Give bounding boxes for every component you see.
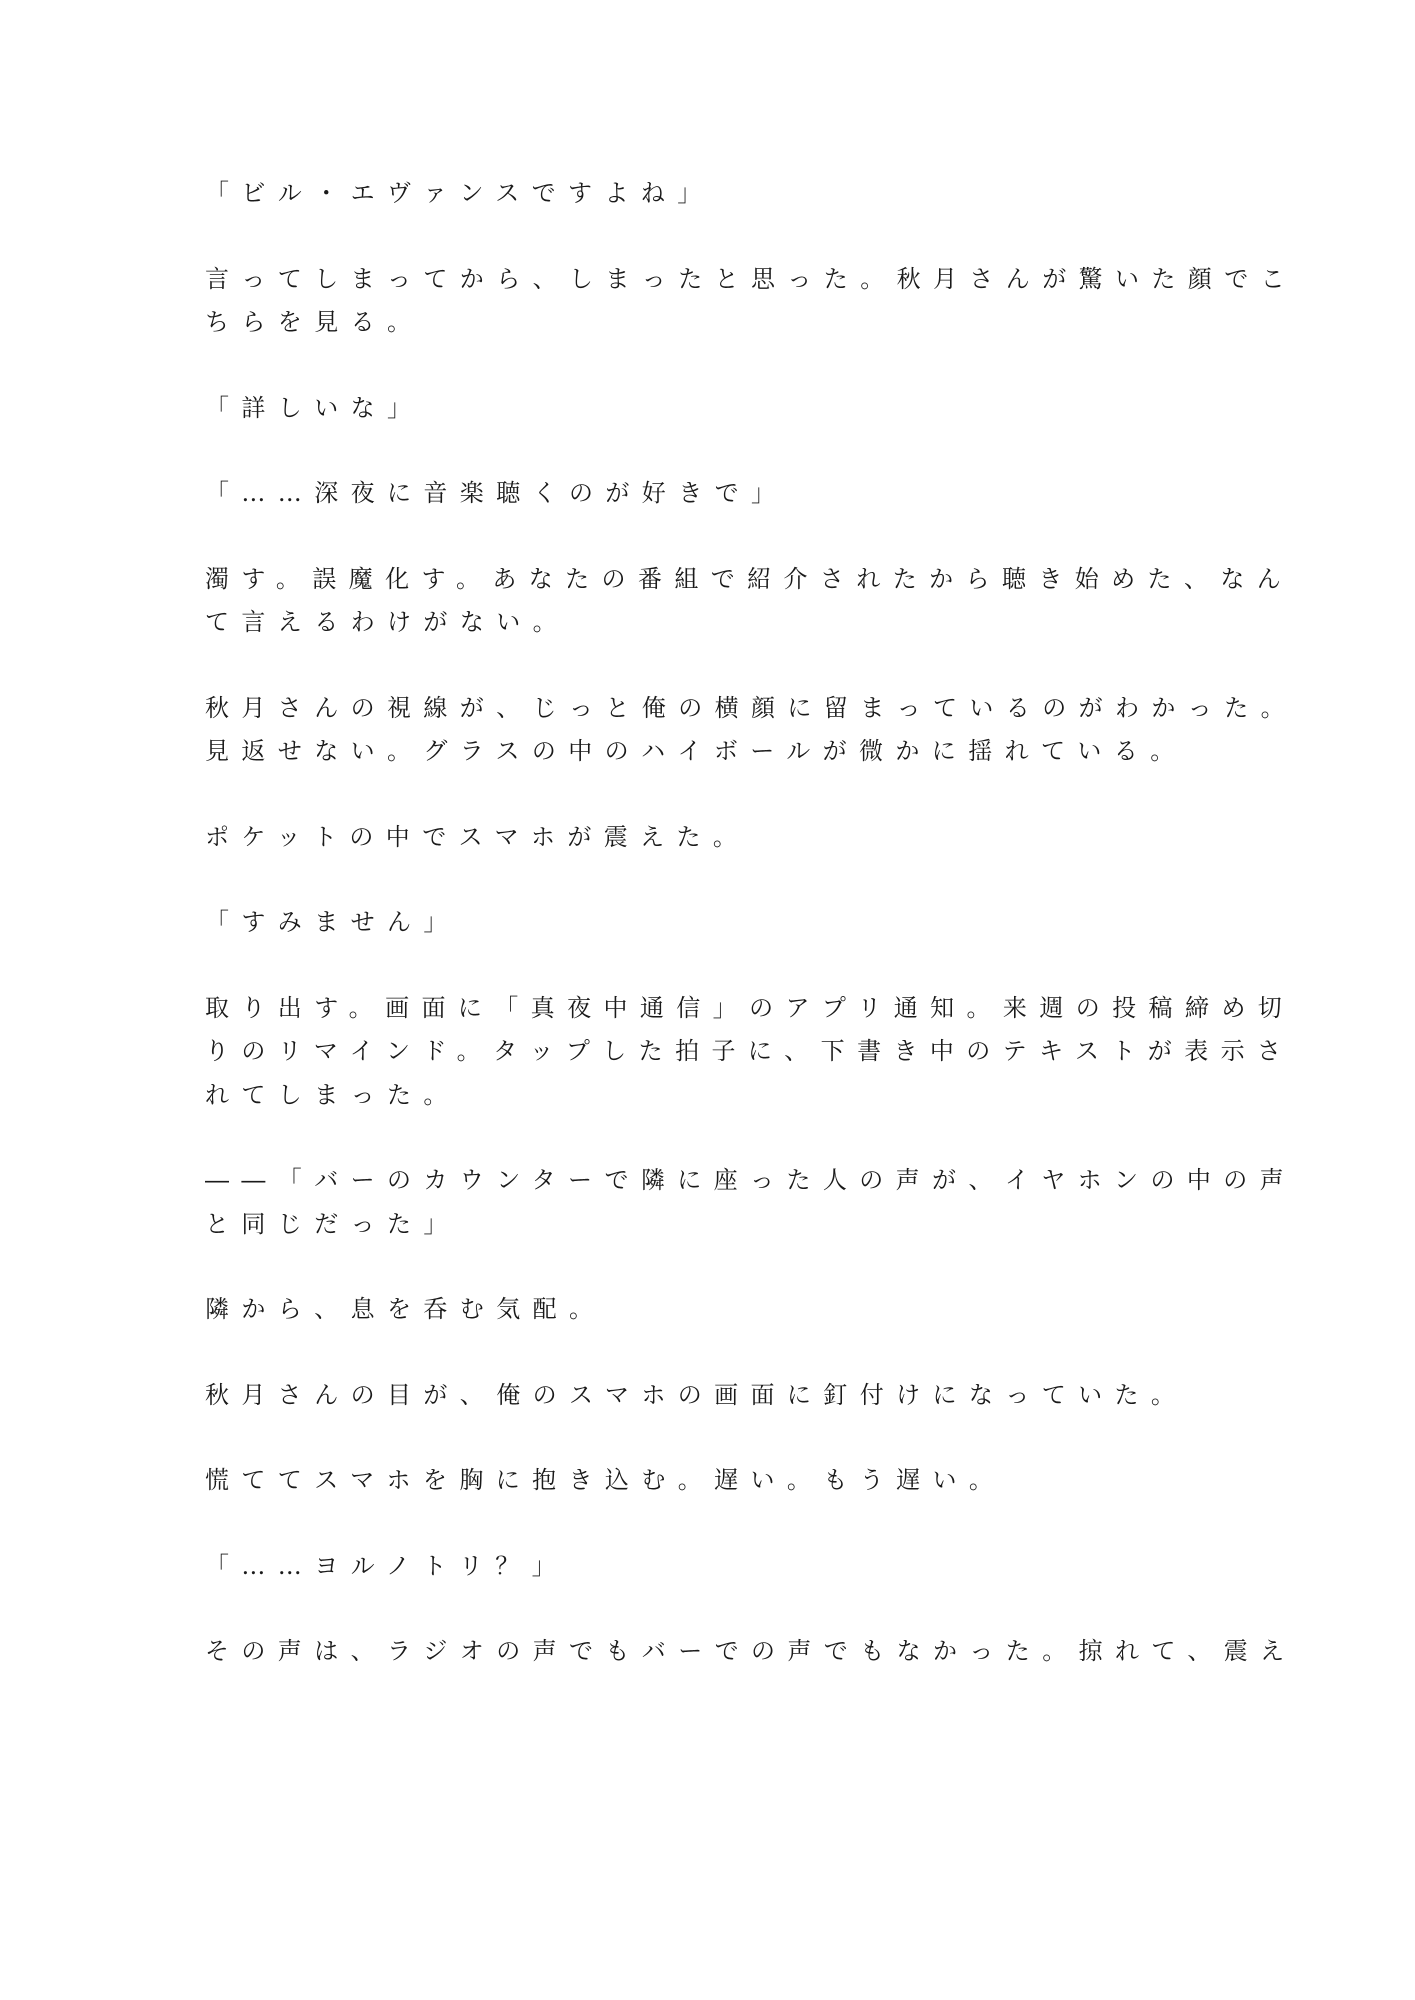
text-line: 隣から、息を呑む気配。 (205, 1288, 1185, 1332)
paragraph-13: 慌ててスマホを胸に抱き込む。遅い。もう遅い。 (205, 1459, 1185, 1503)
paragraph-3: 「詳しいな」 (205, 387, 1185, 431)
text-line: ポケットの中でスマホが震えた。 (205, 816, 1185, 860)
text-line: その声は、ラジオの声でもバーでの声でもなかった。掠れて、震え (205, 1630, 1185, 1674)
text-line: 取り出す。画面に「真夜中通信」のアプリ通知。来週の投稿締め切 (205, 987, 1185, 1031)
text-line: 「すみません」 (205, 901, 1185, 945)
text-line: 「ビル・エヴァンスですよね」 (205, 172, 1185, 216)
text-line: 「詳しいな」 (205, 387, 1185, 431)
text-line: と同じだった」 (205, 1203, 1185, 1247)
paragraph-15: その声は、ラジオの声でもバーでの声でもなかった。掠れて、震え (205, 1630, 1185, 1674)
text-line: 秋月さんの目が、俺のスマホの画面に釘付けになっていた。 (205, 1374, 1185, 1418)
paragraph-10: ――「バーのカウンターで隣に座った人の声が、イヤホンの中の声 と同じだった」 (205, 1159, 1185, 1246)
text-line: 濁す。誤魔化す。あなたの番組で紹介されたから聴き始めた、なん (205, 558, 1185, 602)
text-line: 言ってしまってから、しまったと思った。秋月さんが驚いた顔でこ (205, 258, 1185, 302)
paragraph-9: 取り出す。画面に「真夜中通信」のアプリ通知。来週の投稿締め切 りのリマインド。タ… (205, 987, 1185, 1118)
paragraph-14: 「……ヨルノトリ？」 (205, 1545, 1185, 1589)
text-line: 秋月さんの視線が、じっと俺の横顔に留まっているのがわかった。 (205, 687, 1185, 731)
paragraph-1: 「ビル・エヴァンスですよね」 (205, 172, 1185, 216)
text-line: 「……ヨルノトリ？」 (205, 1545, 1185, 1589)
text-line: ちらを見る。 (205, 301, 1185, 345)
paragraph-12: 秋月さんの目が、俺のスマホの画面に釘付けになっていた。 (205, 1374, 1185, 1418)
document-page: 「ビル・エヴァンスですよね」 言ってしまってから、しまったと思った。秋月さんが驚… (205, 172, 1185, 1716)
paragraph-8: 「すみません」 (205, 901, 1185, 945)
text-line: れてしまった。 (205, 1074, 1185, 1118)
paragraph-11: 隣から、息を呑む気配。 (205, 1288, 1185, 1332)
text-line: りのリマインド。タップした拍子に、下書き中のテキストが表示さ (205, 1030, 1185, 1074)
text-line: 「……深夜に音楽聴くのが好きで」 (205, 472, 1185, 516)
text-line: て言えるわけがない。 (205, 601, 1185, 645)
paragraph-6: 秋月さんの視線が、じっと俺の横顔に留まっているのがわかった。 見返せない。グラス… (205, 687, 1185, 774)
paragraph-5: 濁す。誤魔化す。あなたの番組で紹介されたから聴き始めた、なん て言えるわけがない… (205, 558, 1185, 645)
text-line: 見返せない。グラスの中のハイボールが微かに揺れている。 (205, 730, 1185, 774)
paragraph-4: 「……深夜に音楽聴くのが好きで」 (205, 472, 1185, 516)
text-line: ――「バーのカウンターで隣に座った人の声が、イヤホンの中の声 (205, 1159, 1185, 1203)
text-line: 慌ててスマホを胸に抱き込む。遅い。もう遅い。 (205, 1459, 1185, 1503)
paragraph-2: 言ってしまってから、しまったと思った。秋月さんが驚いた顔でこ ちらを見る。 (205, 258, 1185, 345)
paragraph-7: ポケットの中でスマホが震えた。 (205, 816, 1185, 860)
